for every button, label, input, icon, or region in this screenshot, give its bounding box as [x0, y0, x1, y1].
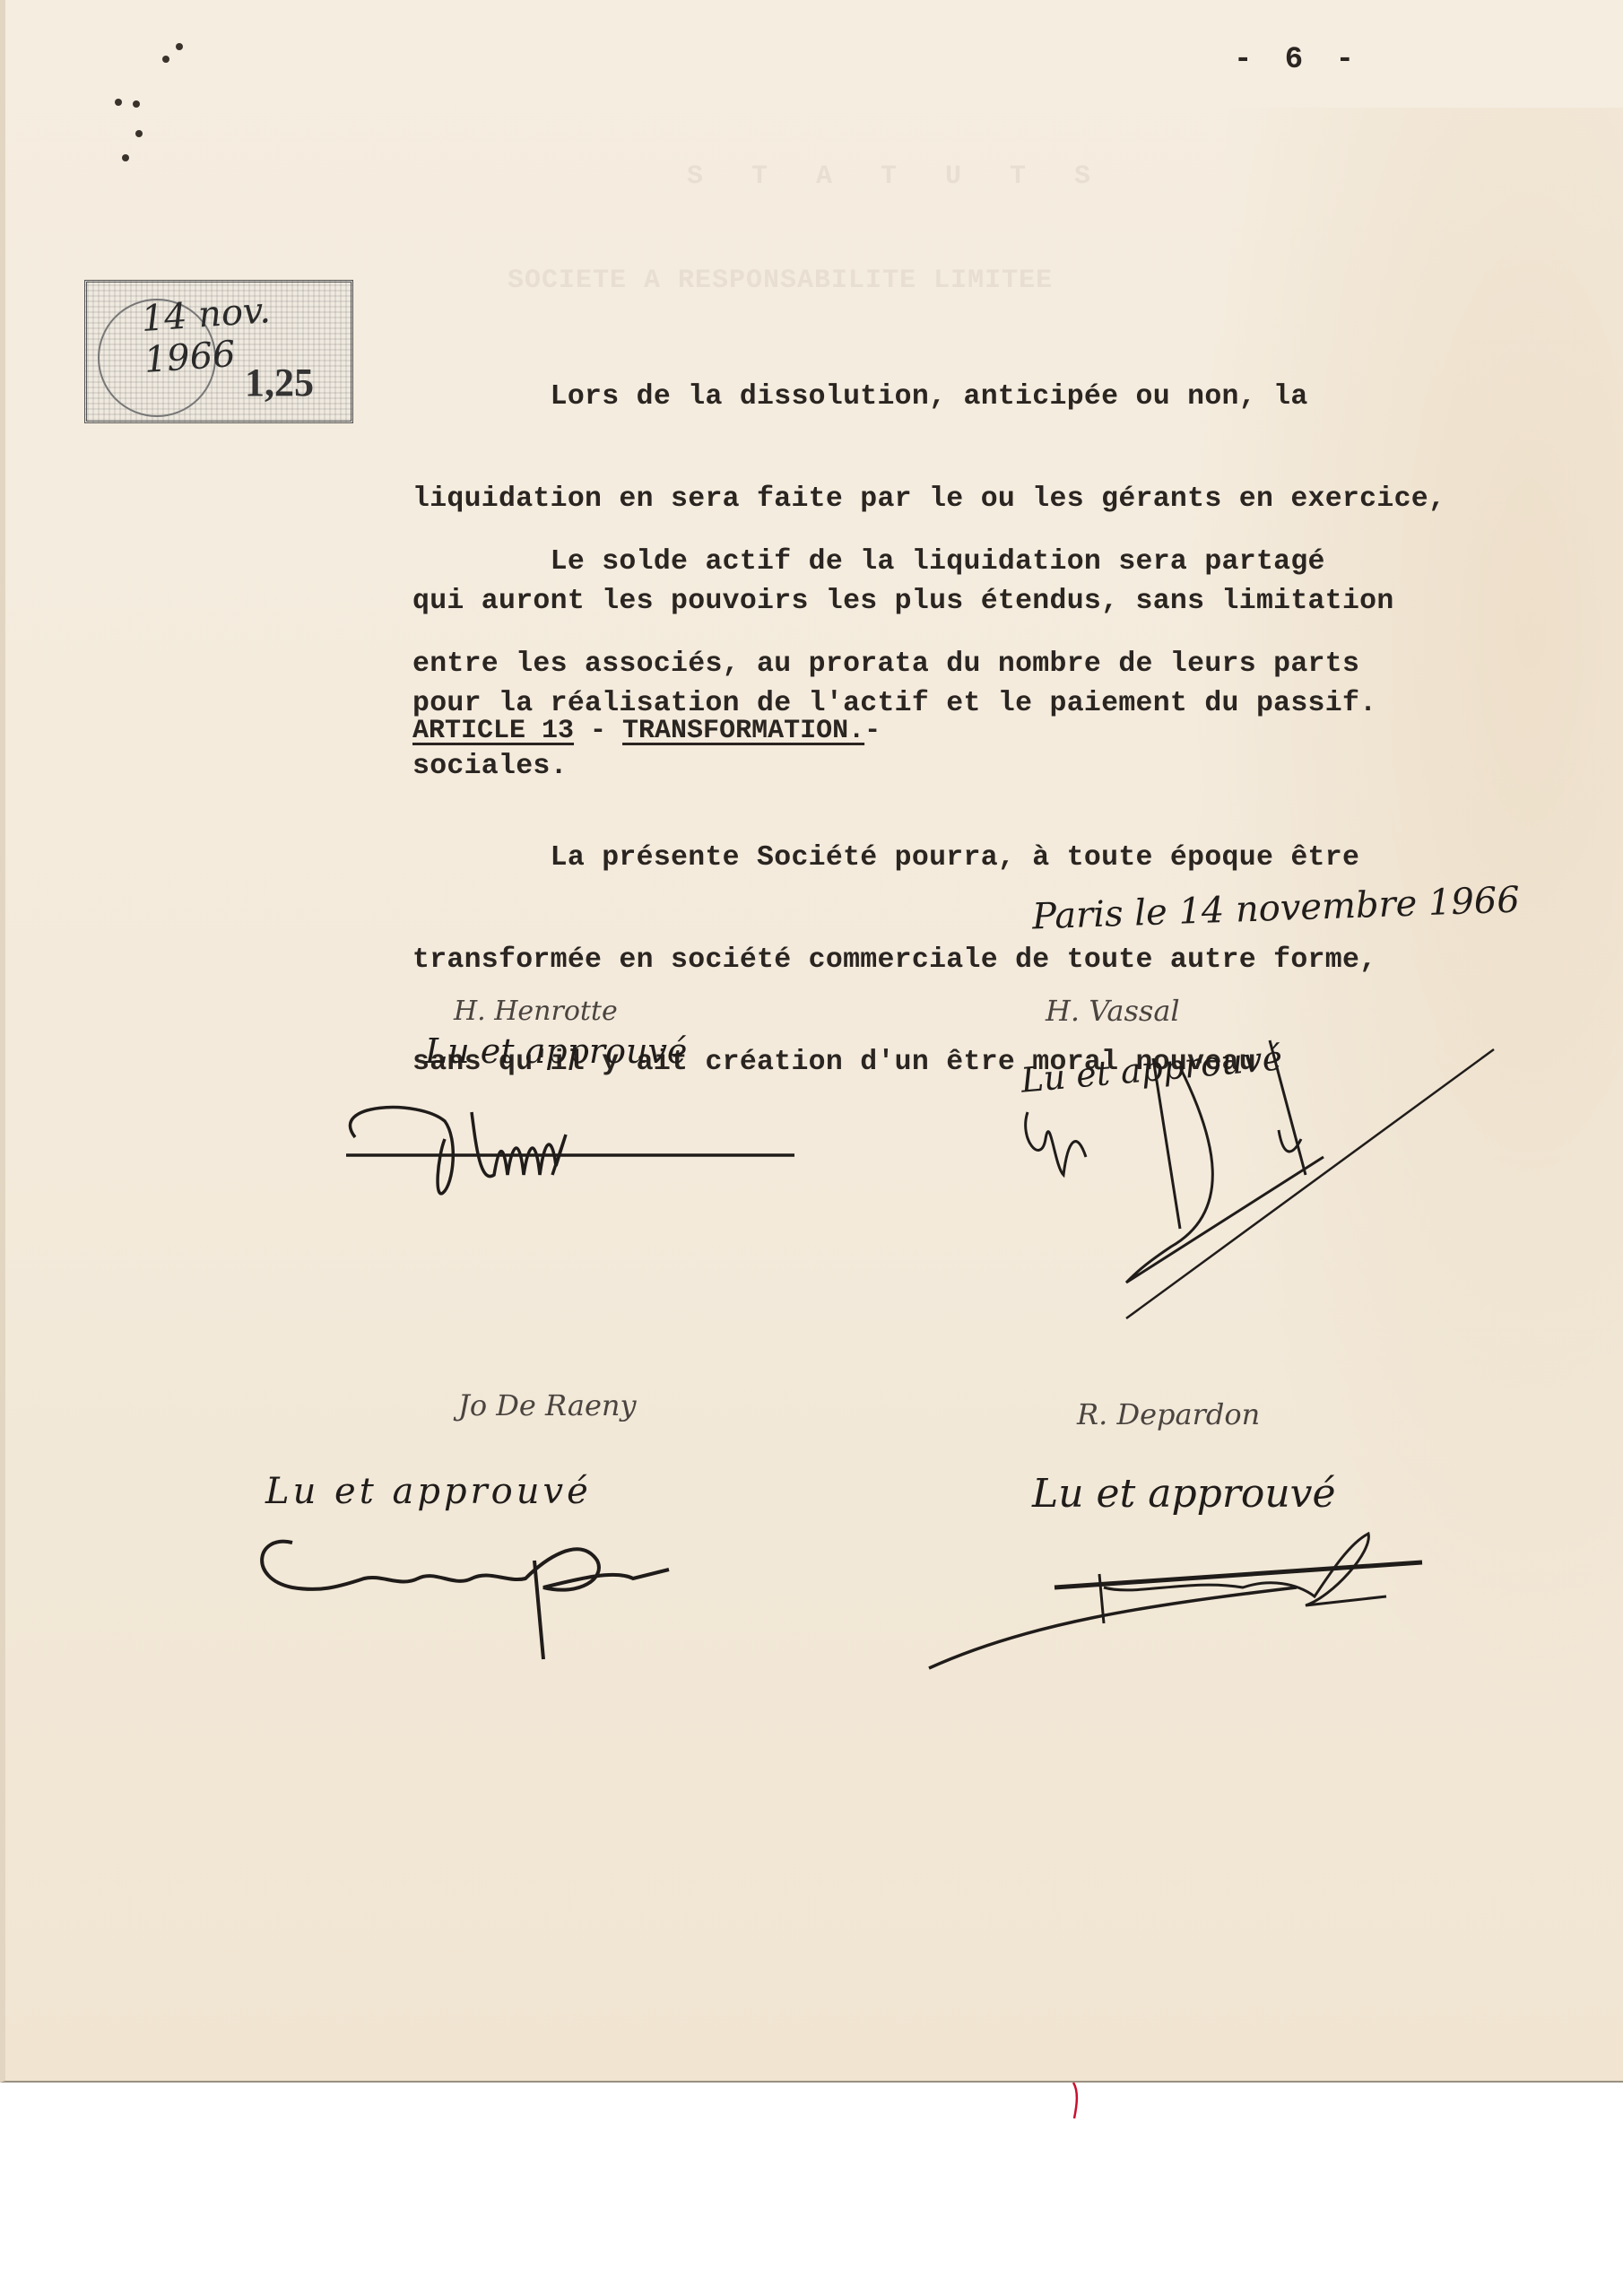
text-line: Lors de la dissolution, anticipée ou non… [412, 380, 1445, 414]
text-line: transformée en société commerciale de to… [412, 944, 1376, 978]
article-heading: ARTICLE 13 - TRANSFORMATION.- [412, 716, 881, 746]
punch-hole [122, 154, 129, 161]
signatory-name: H. Henrotte [454, 996, 618, 1027]
text-line: Le solde actif de la liquidation sera pa… [412, 545, 1359, 579]
approval-text: Lu et approuvé [425, 1031, 687, 1071]
signatory-name: Jo De Raeny [458, 1388, 637, 1422]
signatory-name: R. Depardon [1077, 1397, 1260, 1431]
punch-hole [162, 56, 169, 63]
show-through-subtitle: SOCIETE A RESPONSABILITE LIMITEE [508, 265, 1053, 296]
text-line: entre les associés, au prorata du nombre… [412, 648, 1359, 682]
punch-hole [176, 43, 183, 50]
document-page: S T A T U T S SOCIETE A RESPONSABILITE L… [0, 0, 1623, 2083]
punch-hole [133, 100, 140, 108]
article-title: TRANSFORMATION. [622, 716, 864, 746]
text-line: La présente Société pourra, à toute époq… [412, 841, 1376, 875]
signature-vassal [1010, 1031, 1512, 1318]
approval-text: Lu et approuvé [265, 1471, 592, 1512]
binding-thread-icon [1072, 2083, 1079, 2127]
signature-henrotte [337, 1085, 803, 1211]
approval-text: Lu et approuvé [1032, 1471, 1336, 1517]
signatory-name: H. Vassal [1046, 994, 1180, 1028]
punch-hole [135, 130, 143, 137]
punch-hole [115, 99, 122, 106]
signature-depardon [920, 1525, 1476, 1677]
show-through-title: S T A T U T S [687, 161, 1107, 192]
article-title-suffix: - [864, 716, 881, 746]
signature-deraeny [239, 1525, 866, 1686]
article-separator: - [574, 716, 622, 746]
fiscal-stamp: 14 nov. 1966 1,25 [84, 280, 353, 423]
stamp-value: 1,25 [245, 360, 314, 405]
article-number: ARTICLE 13 [412, 716, 574, 746]
page-number: - 6 - [1234, 43, 1361, 77]
